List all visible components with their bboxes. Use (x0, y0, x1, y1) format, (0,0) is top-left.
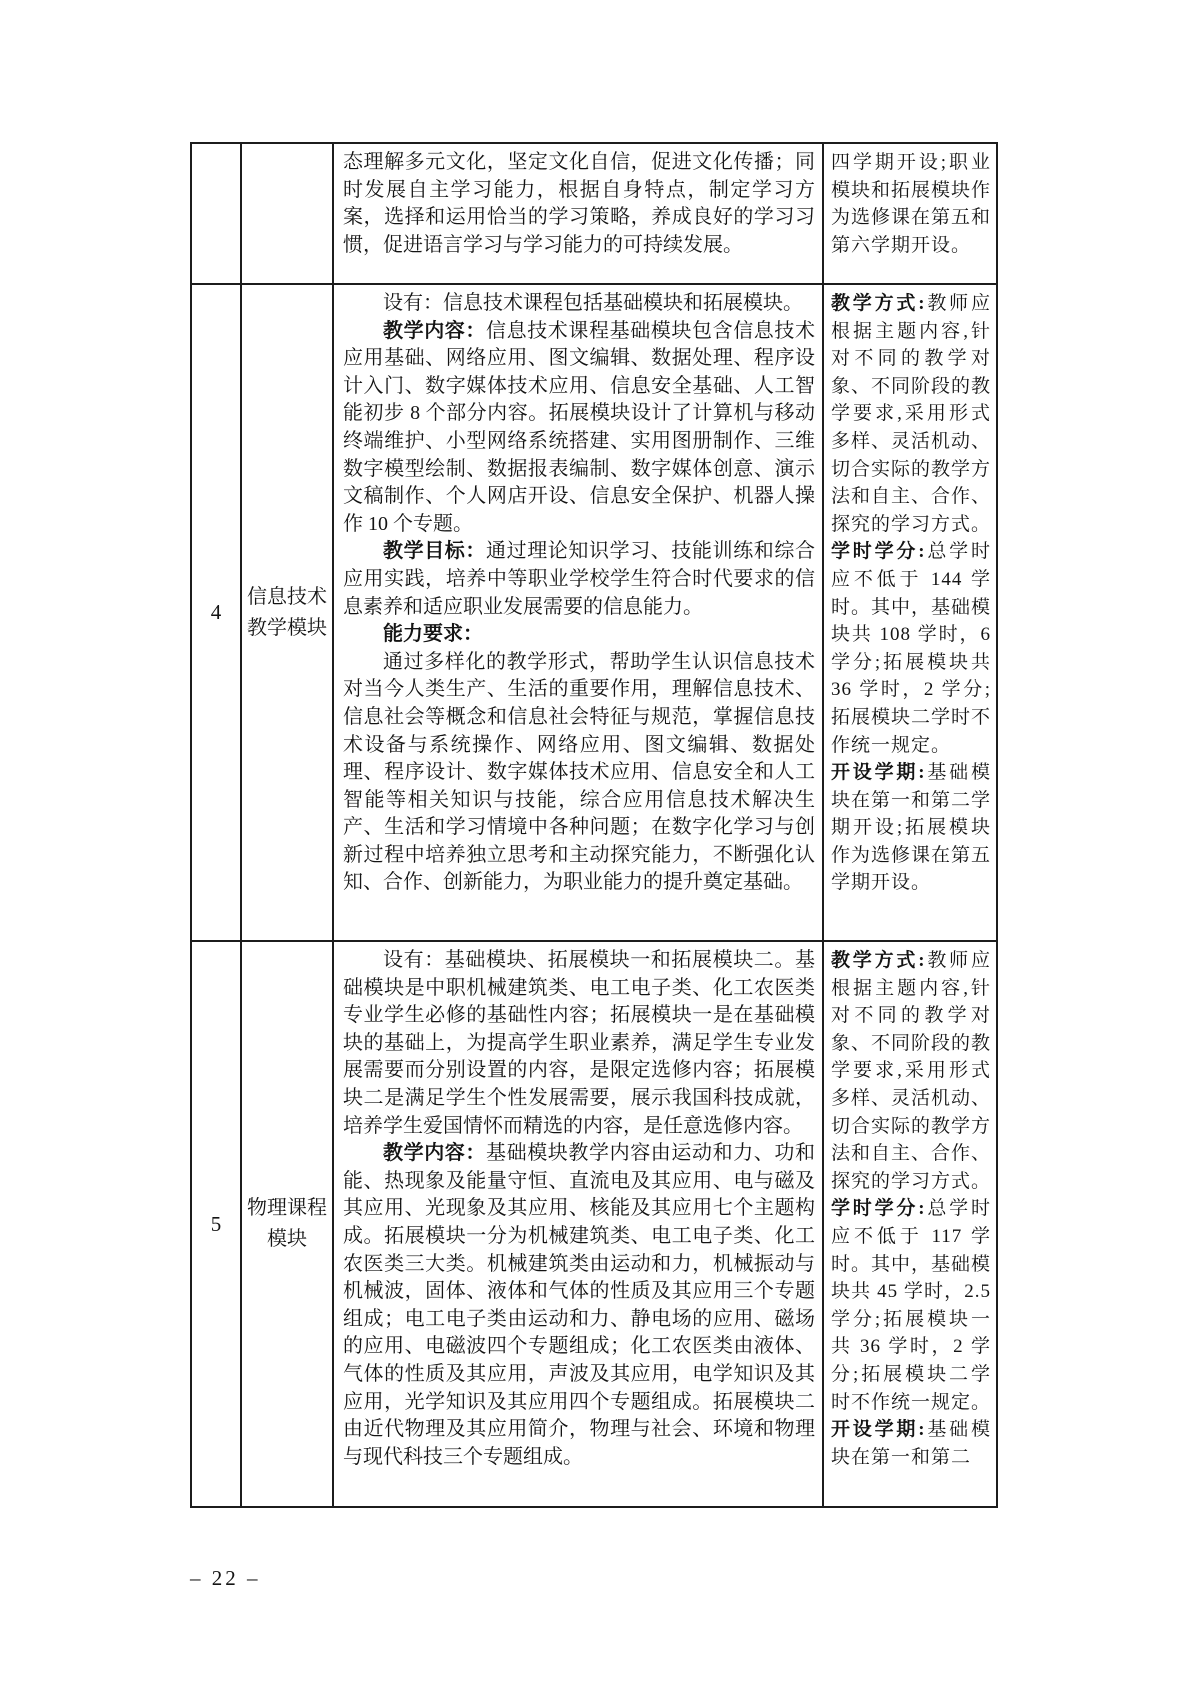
notes-paragraph-lead: 开设学期: (831, 1419, 926, 1440)
notes-paragraph: 教学方式:教师应根据主题内容,针对不同的教学对象、不同阶段的教学要求,采用形式多… (831, 290, 991, 538)
table-row: 态理解多元文化，坚定文化自信，促进文化传播；同时发展自主学习能力，根据自身特点，… (192, 144, 996, 283)
notes-paragraph-lead: 学时学分: (831, 541, 926, 562)
module-name-cell: 信息技术教学模块 (242, 285, 334, 940)
module-name-line: 物理课程 (247, 1193, 327, 1224)
table-row: 4 信息技术教学模块 设有：信息技术课程包括基础模块和拓展模块。教学内容：信息技… (192, 283, 996, 940)
content-paragraph: 能力要求： (343, 621, 815, 649)
footer-page-number: – 22 – (190, 1566, 261, 1591)
document-page: 态理解多元文化，坚定文化自信，促进文化传播；同时发展自主学习能力，根据自身特点，… (0, 0, 1191, 1684)
content-paragraph-lead: 教学内容： (383, 1142, 486, 1164)
module-name-line: 教学模块 (247, 613, 327, 644)
content-paragraph: 设有：基础模块、拓展模块一和拓展模块二。基础模块是中职机械建筑类、电工电子类、化… (343, 947, 815, 1140)
module-name-line: 模块 (267, 1224, 307, 1255)
module-notes-cell: 教学方式:教师应根据主题内容,针对不同的教学对象、不同阶段的教学要求,采用形式多… (824, 942, 996, 1506)
notes-paragraph-lead: 教学方式: (831, 293, 926, 314)
module-notes-cell: 四学期开设;职业模块和拓展模块作为选修课在第五和第六学期开设。 (824, 144, 996, 283)
module-notes-cell: 教学方式:教师应根据主题内容,针对不同的教学对象、不同阶段的教学要求,采用形式多… (824, 285, 996, 940)
notes-paragraph: 开设学期:基础模块在第一和第二学期开设;拓展模块作为选修课在第五学期开设。 (831, 759, 991, 897)
module-description-cell: 设有：基础模块、拓展模块一和拓展模块二。基础模块是中职机械建筑类、电工电子类、化… (334, 942, 824, 1506)
row-number-cell (192, 144, 242, 283)
row-number-cell: 5 (192, 942, 242, 1506)
row-number-cell: 4 (192, 285, 242, 940)
content-paragraph: 教学内容：基础模块教学内容由运动和力、功和能、热现象及能量守恒、直流电及其应用、… (343, 1140, 815, 1471)
module-name-cell: 物理课程模块 (242, 942, 334, 1506)
content-paragraph: 态理解多元文化，坚定文化自信，促进文化传播；同时发展自主学习能力，根据自身特点，… (343, 149, 815, 259)
module-description-cell: 设有：信息技术课程包括基础模块和拓展模块。教学内容：信息技术课程基础模块包含信息… (334, 285, 824, 940)
curriculum-table-body: 态理解多元文化，坚定文化自信，促进文化传播；同时发展自主学习能力，根据自身特点，… (192, 144, 996, 1506)
notes-paragraph: 开设学期:基础模块在第一和第二 (831, 1416, 991, 1471)
table-row: 5 物理课程模块 设有：基础模块、拓展模块一和拓展模块二。基础模块是中职机械建筑… (192, 940, 996, 1506)
module-name-cell (242, 144, 334, 283)
content-paragraph: 教学内容：信息技术课程基础模块包含信息技术应用基础、网络应用、图文编辑、数据处理… (343, 318, 815, 539)
content-paragraph: 通过多样化的教学形式，帮助学生认识信息技术对当今人类生产、生活的重要作用，理解信… (343, 649, 815, 897)
notes-paragraph: 四学期开设;职业模块和拓展模块作为选修课在第五和第六学期开设。 (831, 149, 991, 259)
content-paragraph-lead: 能力要求： (383, 623, 483, 645)
content-paragraph-lead: 教学目标： (383, 540, 486, 562)
notes-paragraph: 教学方式:教师应根据主题内容,针对不同的教学对象、不同阶段的教学要求,采用形式多… (831, 947, 991, 1195)
content-paragraph-lead: 教学内容： (383, 320, 486, 342)
notes-paragraph-lead: 教学方式: (831, 950, 926, 971)
notes-paragraph: 学时学分:总学时应不低于 144 学时。其中，基础模块共 108 学时，6 学分… (831, 538, 991, 759)
content-paragraph: 设有：信息技术课程包括基础模块和拓展模块。 (343, 290, 815, 318)
content-paragraph: 教学目标：通过理论知识学习、技能训练和综合应用实践，培养中等职业学校学生符合时代… (343, 538, 815, 621)
curriculum-table: 态理解多元文化，坚定文化自信，促进文化传播；同时发展自主学习能力，根据自身特点，… (190, 142, 998, 1508)
notes-paragraph-lead: 开设学期: (831, 762, 926, 783)
module-name-line: 信息技术 (247, 582, 327, 613)
notes-paragraph-lead: 学时学分: (831, 1198, 926, 1219)
notes-paragraph: 学时学分:总学时应不低于 117 学时。其中，基础模块共 45 学时，2.5 学… (831, 1195, 991, 1416)
module-description-cell: 态理解多元文化，坚定文化自信，促进文化传播；同时发展自主学习能力，根据自身特点，… (334, 144, 824, 283)
